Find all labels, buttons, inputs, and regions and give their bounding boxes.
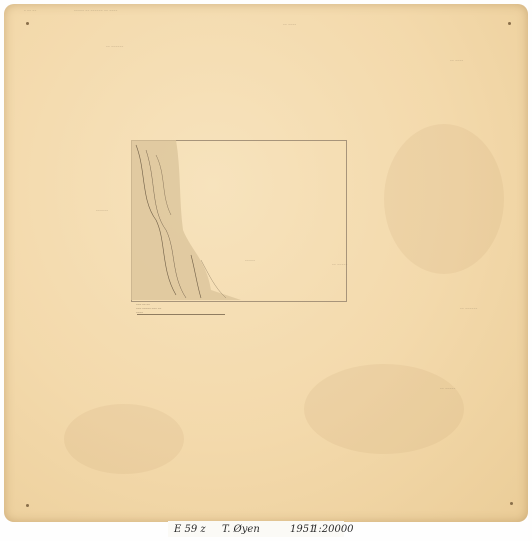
map-label: ~~ ~~~~~	[332, 262, 348, 266]
margin-note: ~~ ~~~~	[450, 58, 463, 62]
margin-note: ~~ ~~~~	[283, 22, 296, 26]
top-annotation: ~~~~~ ~~ ~~~~~~ ~~ ~~~~	[74, 8, 118, 12]
pin-hole	[510, 502, 513, 505]
map-label: ~~~~~~	[96, 208, 108, 212]
scale: 1:20000	[312, 524, 354, 535]
pin-hole	[508, 22, 511, 25]
paper-stain	[304, 364, 464, 454]
map-label: ~~~~~	[245, 258, 255, 262]
map-legend: ~~~ ~~ ~~ ~~~ ~~~~~ ~~~ ~~ ~~~~	[136, 302, 161, 314]
scale-bar	[137, 314, 225, 315]
paper-stain	[384, 124, 504, 274]
terrain-drawing	[131, 140, 241, 300]
margin-note: ~~ ~~~~~~	[106, 44, 124, 48]
author: T. Øyen	[222, 524, 260, 535]
sheet-id: E 59 z	[174, 524, 206, 535]
margin-note: ~~ ~~~~~~	[460, 306, 478, 310]
top-annotation: ~ ~~ ~~	[24, 8, 37, 12]
pin-hole	[26, 22, 29, 25]
pin-hole	[26, 504, 29, 507]
margin-note: ~~ ~~~~~	[440, 386, 456, 390]
paper-stain	[64, 404, 184, 474]
